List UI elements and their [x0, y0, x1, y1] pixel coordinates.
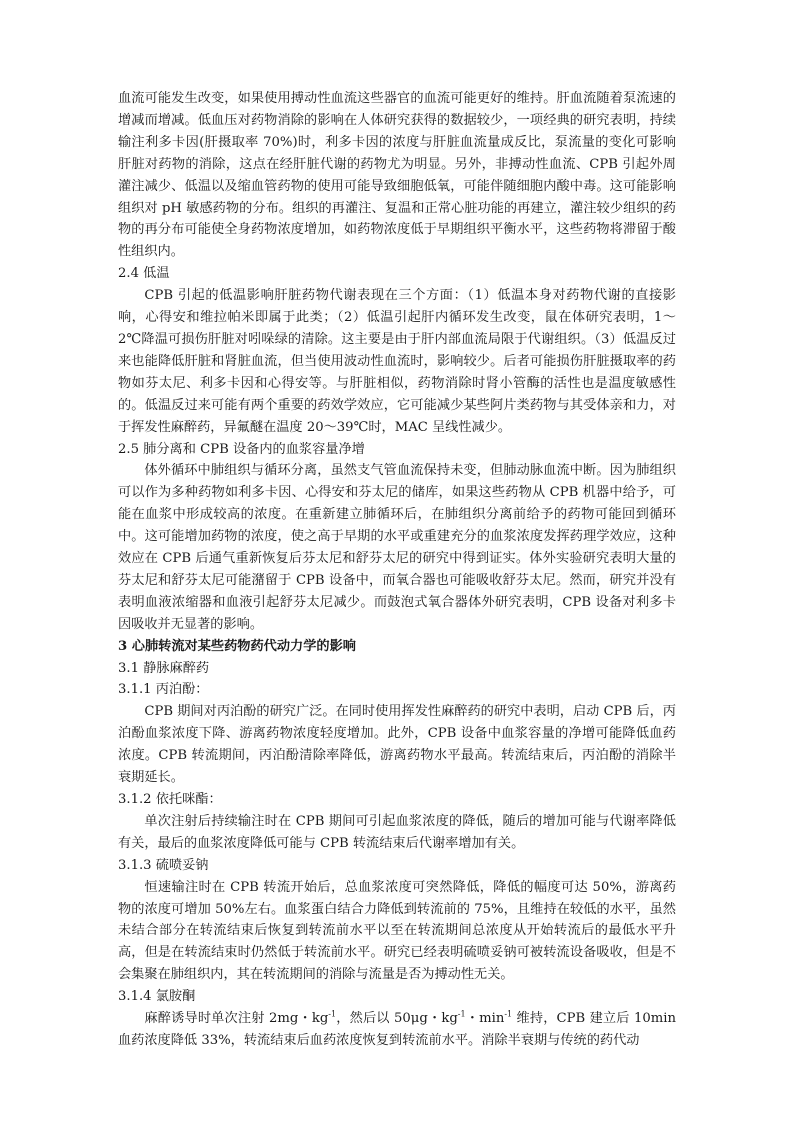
ketamine-text-b: ，然后以 50μg・kg [336, 1011, 458, 1026]
paragraph-hypothermia: CPB 引起的低温影响肝脏药物代谢表现在三个方面：（1）低温本身对药物代谢的直接… [118, 285, 676, 438]
document-page: 血流可能发生改变，如果使用搏动性血流这些器官的血流可能更好的维持。肝血流随着泵流… [118, 88, 676, 1052]
section-heading-3-1-1: 3.1.1 丙泊酚： [118, 679, 676, 701]
section-heading-3-1: 3.1 静脉麻醉药 [118, 658, 676, 680]
ketamine-text-c: ・min [466, 1011, 505, 1026]
superscript: -1 [504, 1010, 512, 1019]
section-heading-3-1-3: 3.1.3 硫喷妥钠 [118, 855, 676, 877]
section-heading-3-1-2: 3.1.2 依托咪酯： [118, 789, 676, 811]
ketamine-text-a: 麻醉诱导时单次注射 2mg・kg [144, 1011, 328, 1026]
section-heading-3: 3 心肺转流对某些药物药代动力学的影响 [118, 636, 676, 658]
section-heading-3-1-4: 3.1.4 氯胺酮 [118, 986, 676, 1008]
section-heading-2-5: 2.5 肺分离和 CPB 设备内的血浆容量净增 [118, 439, 676, 461]
paragraph-blood-flow: 血流可能发生改变，如果使用搏动性血流这些器官的血流可能更好的维持。肝血流随着泵流… [118, 88, 676, 263]
paragraph-ketamine: 麻醉诱导时单次注射 2mg・kg-1，然后以 50μg・kg-1・min-1 维… [118, 1008, 676, 1052]
paragraph-propofol: CPB 期间对丙泊酚的研究广泛。在同时使用挥发性麻醉药的研究中表明，启动 CPB… [118, 701, 676, 789]
paragraph-etomidate: 单次注射后持续输注时在 CPB 期间可引起血浆浓度的降低，随后的增加可能与代谢率… [118, 811, 676, 855]
superscript: -1 [458, 1010, 466, 1019]
section-heading-2-4: 2.4 低温 [118, 263, 676, 285]
paragraph-thiopental: 恒速输注时在 CPB 转流开始后，总血浆浓度可突然降低，降低的幅度可达 50%，… [118, 877, 676, 987]
paragraph-lung-isolation: 体外循环中肺组织与循环分离，虽然支气管血流保持未变，但肺动脉血流中断。因为肺组织… [118, 460, 676, 635]
superscript: -1 [328, 1010, 336, 1019]
